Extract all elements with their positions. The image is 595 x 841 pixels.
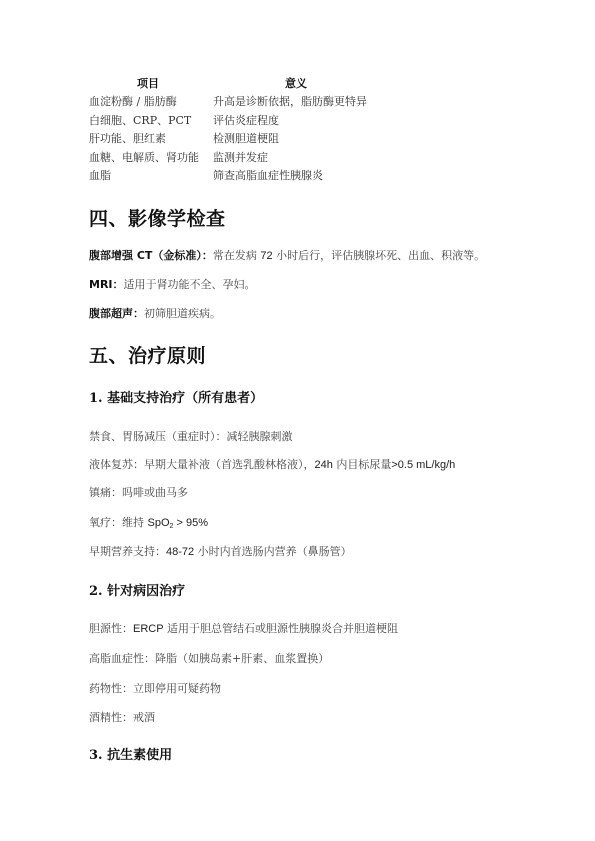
paragraph-biliary: 胆源性：ERCP 适用于胆总管结石或胆源性胰腺炎合并胆道梗阻 — [89, 620, 398, 636]
table-cell-item: 血糖、电解质、肾功能 — [89, 151, 199, 164]
paragraph-ultrasound: 腹部超声：初筛胆道疾病。 — [89, 305, 221, 321]
paragraph-mri: MRI：适用于肾功能不全、孕妇。 — [89, 276, 256, 292]
ct-text-post: 小时后行，评估胰腺坏死、出血、积液等。 — [273, 249, 486, 262]
nutrition-text-post: 小时内首选肠内营养（鼻肠管） — [194, 545, 352, 558]
table-cell-item: 肝功能、胆红素 — [89, 132, 166, 145]
biliary-text: 胆源性： — [89, 622, 133, 635]
table-cell-item: 血脂 — [89, 169, 111, 182]
paragraph-fluid: 液体复苏：早期大量补液（首选乳酸林格液），24h 内目标尿量>0.5 mL/kg… — [89, 456, 455, 472]
oxygen-text: 氧疗：维持 — [89, 516, 148, 529]
ercp-term: ERCP — [133, 623, 164, 635]
paragraph-oxygen: 氧疗：维持 SpO2 > 95% — [89, 514, 208, 530]
document-page: 项目 意义 血淀粉酶 / 脂肪酶 升高是诊断依据，脂肪酶更特异 白细胞、CRP、… — [0, 0, 595, 841]
ultrasound-text: 初筛胆道疾病。 — [144, 307, 221, 320]
label-sep: ： — [113, 278, 124, 291]
table-header-meaning: 意义 — [285, 75, 307, 91]
table-cell-meaning: 升高是诊断依据，脂肪酶更特异 — [213, 95, 367, 108]
table-cell-meaning: 检测胆道梗阻 — [213, 132, 279, 145]
biliary-text-post: 适用于胆总管结石或胆源性胰腺炎合并胆道梗阻 — [164, 622, 399, 635]
mri-text: 适用于肾功能不全、孕妇。 — [124, 278, 256, 291]
nutrition-text: 早期营养支持： — [89, 545, 166, 558]
paragraph-drug: 药物性：立即停用可疑药物 — [89, 680, 221, 696]
label-mri: MRI — [89, 278, 113, 291]
paragraph-alcohol: 酒精性：戒酒 — [89, 709, 155, 725]
label-sep: ： — [202, 249, 213, 262]
paragraph-nutrition: 早期营养支持：48-72 小时内首选肠内营养（鼻肠管） — [89, 543, 352, 559]
paragraph-hyperlipidemia: 高脂血症性：降脂（如胰岛素+肝素、血浆置换） — [89, 650, 329, 666]
table-cell-meaning: 评估炎症程度 — [213, 114, 279, 127]
spo2-label: SpO — [148, 517, 170, 529]
table-cell-item: 白细胞、CRP、PCT — [89, 114, 191, 127]
paragraph-fasting: 禁食、胃肠减压（重症时）：减轻胰腺刺激 — [89, 428, 293, 444]
subheading-antibiotics: 3. 抗生素使用 — [89, 744, 172, 763]
subheading-etiology: 2. 针对病因治疗 — [89, 580, 185, 599]
table-cell-meaning: 筛查高脂血症性胰腺炎 — [213, 169, 323, 182]
subheading-basic-support: 1. 基础支持治疗（所有患者） — [89, 387, 263, 406]
table-cell-meaning: 监测并发症 — [213, 151, 268, 164]
fluid-target: >0.5 mL/kg/h — [391, 459, 455, 471]
label-ultrasound: 腹部超声 — [89, 307, 133, 320]
table-header-item: 项目 — [137, 75, 159, 91]
paragraph-analgesia: 镇痛：吗啡或曲马多 — [89, 484, 188, 500]
paragraph-ct: 腹部增强 CT（金标准）：常在发病 72 小时后行，评估胰腺坏死、出血、积液等。 — [89, 247, 485, 263]
fluid-text: 液体复苏：早期大量补液（首选乳酸林格液）， — [89, 458, 315, 471]
section-heading-treatment: 五、治疗原则 — [89, 341, 206, 368]
ct-hours: 72 — [260, 250, 272, 262]
fluid-text-mid: 内目标尿量 — [333, 458, 392, 471]
spo2-target: > 95% — [173, 517, 208, 529]
label-ct: 腹部增强 CT（金标准） — [89, 249, 202, 262]
fluid-hours: 24h — [315, 459, 333, 471]
label-sep: ： — [133, 307, 144, 320]
ct-text-pre: 常在发病 — [213, 249, 261, 262]
nutrition-hours: 48-72 — [166, 546, 194, 558]
section-heading-imaging: 四、影像学检查 — [89, 204, 226, 231]
table-cell-item: 血淀粉酶 / 脂肪酶 — [89, 95, 177, 108]
